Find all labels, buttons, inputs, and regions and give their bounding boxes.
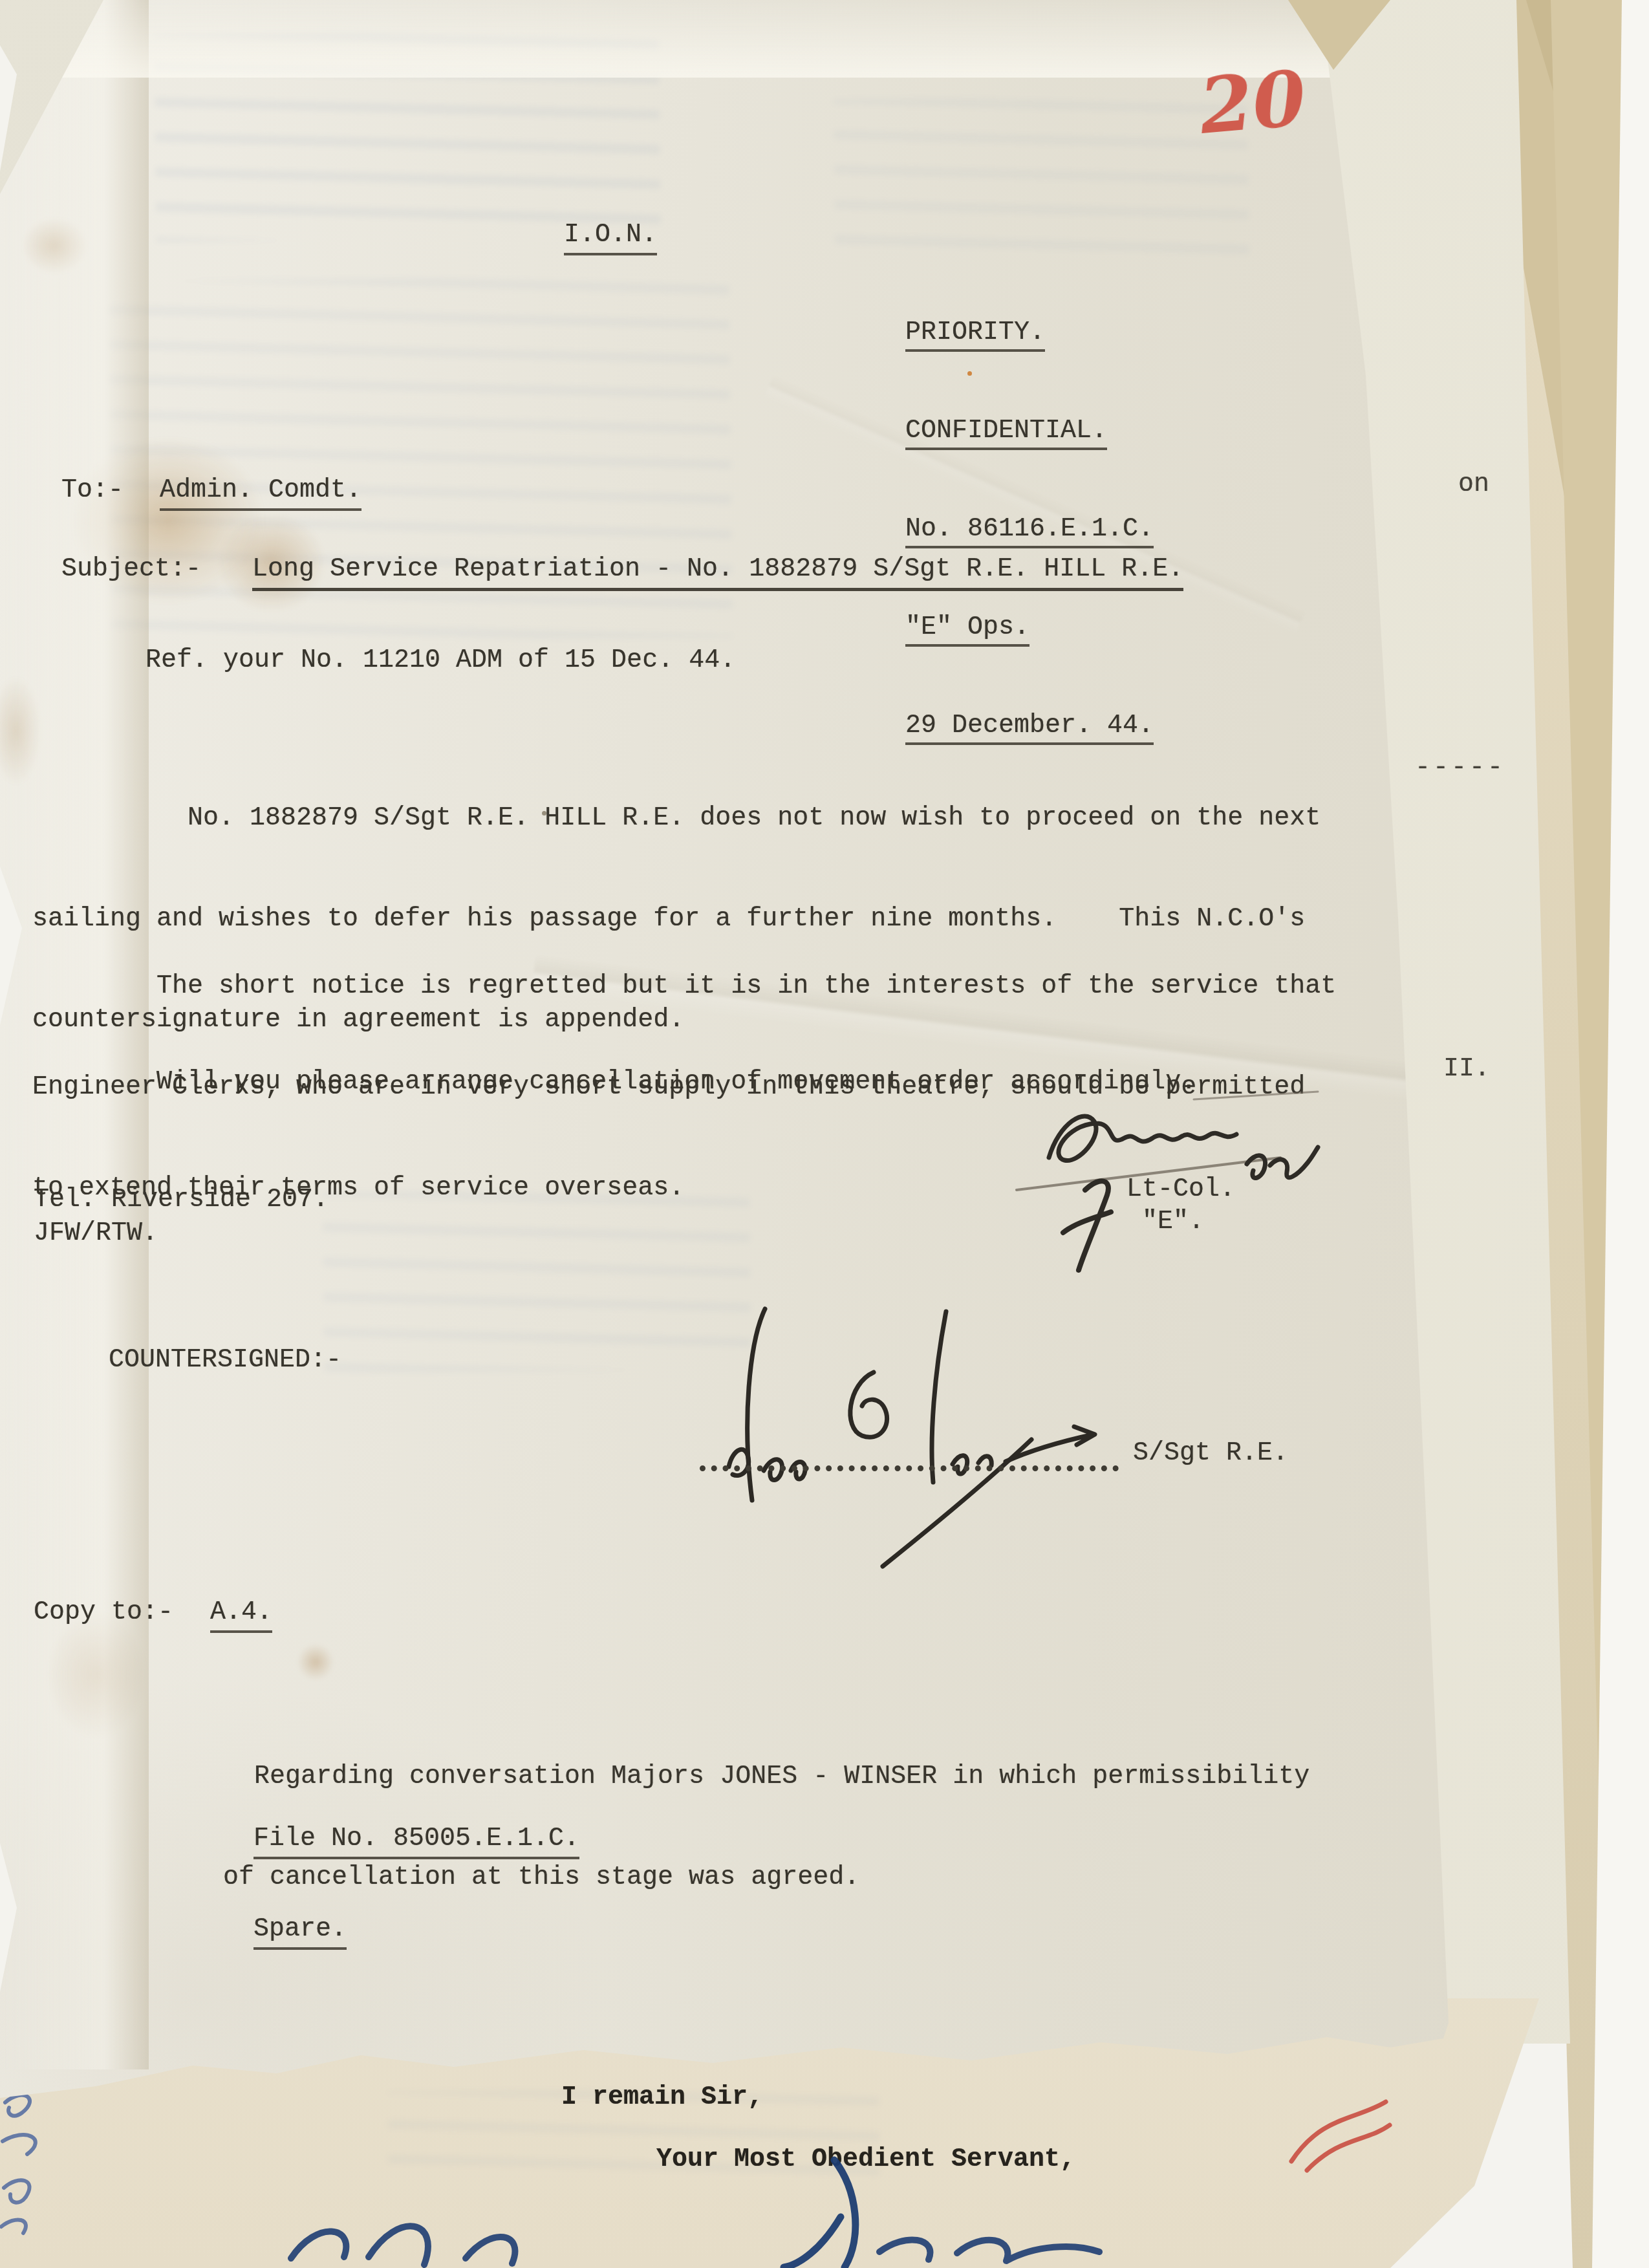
letterhead-initials-text: I.O.N. bbox=[564, 219, 657, 255]
body-line: The short notice is regretted but it is … bbox=[32, 970, 1336, 1004]
scanned-letter-document: on ----- II. I remain Sir, Your Most Obe… bbox=[0, 0, 1649, 2268]
note-line: of cancellation at this stage was agreed… bbox=[223, 1861, 1309, 1895]
countersigned-label: COUNTERSIGNED:- bbox=[109, 1344, 341, 1377]
handwritten-margin-marks-blue bbox=[0, 2079, 84, 2247]
body-line: No. 1882879 S/Sgt R.E. HILL R.E. does no… bbox=[32, 802, 1320, 836]
closing-line-1: I remain Sir, bbox=[561, 2081, 763, 2115]
to-label: To:- bbox=[61, 474, 124, 508]
reference-line: Ref. your No. 11210 ADM of 15 Dec. 44. bbox=[145, 644, 735, 678]
page-number-annotation: 20 bbox=[1196, 52, 1309, 151]
countersignature-ink bbox=[669, 1295, 1135, 1573]
countersignatory-rank: S/Sgt R.E. bbox=[1133, 1437, 1288, 1471]
file-number: File No. 85005.E.1.C. bbox=[253, 1822, 579, 1859]
copy-to-value: A.4. bbox=[210, 1596, 272, 1633]
letterhead-initials: I.O.N. bbox=[564, 219, 657, 255]
confidential-line: CONFIDENTIAL. bbox=[905, 415, 1154, 450]
priority-line: PRIORITY. bbox=[905, 317, 1154, 352]
spare-label: Spare. bbox=[253, 1913, 347, 1950]
signatory-rank: Lt-Col. bbox=[1126, 1173, 1235, 1207]
telephone-line: Tel. Riverside 207. bbox=[34, 1183, 329, 1217]
handwritten-signature-blue-ink bbox=[272, 2155, 1209, 2268]
dotted-signature-line bbox=[700, 1436, 1119, 1471]
note-line: Regarding conversation Majors JONES - WI… bbox=[223, 1760, 1309, 1794]
branch-line: "E" Ops. bbox=[905, 612, 1154, 647]
reference-number-line: No. 86116.E.1.C. bbox=[905, 513, 1154, 548]
to-value: Admin. Comdt. bbox=[160, 474, 361, 511]
typist-initials: JFW/RTW. bbox=[34, 1217, 158, 1251]
underlying-text-fragment: on bbox=[1458, 468, 1489, 502]
classification-block: PRIORITY. CONFIDENTIAL. No. 86116.E.1.C.… bbox=[905, 254, 1154, 808]
subject-label: Subject:- bbox=[61, 553, 201, 587]
paper-stain bbox=[290, 1636, 341, 1688]
underlying-text-fragment: II. bbox=[1443, 1053, 1490, 1086]
underlying-text-fragment: ----- bbox=[1415, 751, 1505, 785]
ink-bleedthrough bbox=[834, 95, 1249, 268]
signatory-branch: "E". bbox=[1142, 1205, 1204, 1239]
handwritten-mark-red bbox=[1284, 2094, 1394, 2178]
subject-value: Long Service Repatriation - No. 1882879 … bbox=[252, 553, 1183, 591]
copy-to-label: Copy to:- bbox=[34, 1596, 173, 1630]
